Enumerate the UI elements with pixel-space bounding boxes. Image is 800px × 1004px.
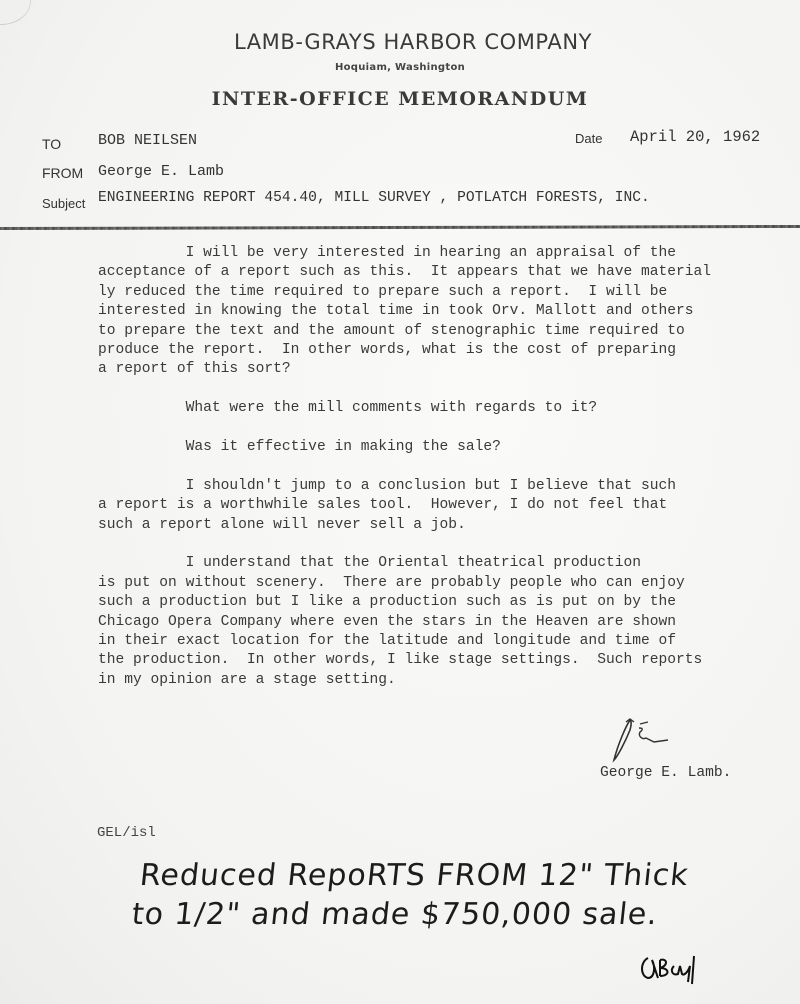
- paragraph-1: I will be very interested in hearing an …: [98, 244, 798, 380]
- body-line: such a report alone will never sell a jo…: [98, 516, 798, 535]
- approval-initials-icon: [638, 948, 708, 988]
- to-value: BOB NEILSEN: [98, 132, 197, 149]
- paragraph-3: Was it effective in making the sale?: [98, 438, 798, 457]
- body-line: to prepare the text and the amount of st…: [98, 322, 798, 341]
- body-line: ly reduced the time required to prepare …: [98, 283, 798, 302]
- paragraph-4: I shouldn't jump to a conclusion but I b…: [98, 477, 798, 535]
- paragraph-5: I understand that the Oriental theatrica…: [98, 554, 798, 690]
- subject-label: Subject: [42, 196, 85, 211]
- body-line: such a production but I like a productio…: [98, 593, 798, 612]
- body-line: in my opinion are a stage setting.: [98, 671, 798, 690]
- subject-value: ENGINEERING REPORT 454.40, MILL SURVEY ,…: [98, 190, 650, 206]
- body-line: acceptance of a report such as this. It …: [98, 263, 798, 282]
- body-line: a report is a worthwhile sales tool. How…: [98, 496, 798, 515]
- body-line: a report of this sort?: [98, 360, 798, 379]
- page-corner-fold: [0, 0, 31, 25]
- reference-initials: GEL/isl: [97, 825, 156, 841]
- memo-body: I will be very interested in hearing an …: [98, 244, 798, 690]
- body-line: I shouldn't jump to a conclusion but I b…: [98, 477, 798, 496]
- body-line: produce the report. In other words, what…: [98, 341, 798, 360]
- handwritten-note-line-2: to 1/2" and made $750,000 sale.: [130, 897, 660, 932]
- body-line: I will be very interested in hearing an …: [98, 244, 798, 263]
- from-label: FROM: [42, 165, 83, 181]
- company-location: Hoquiam, Washington: [0, 62, 800, 73]
- body-line: I understand that the Oriental theatrica…: [98, 554, 798, 573]
- date-value: April 20, 1962: [630, 128, 760, 146]
- date-label: Date: [575, 131, 602, 146]
- body-line: in their exact location for the latitude…: [98, 632, 798, 651]
- body-line: Chicago Opera Company where even the sta…: [98, 613, 798, 632]
- signer-name: George E. Lamb.: [600, 765, 731, 781]
- body-line: is put on without scenery. There are pro…: [98, 574, 798, 593]
- company-name: LAMB-GRAYS HARBOR COMPANY: [0, 30, 800, 54]
- signature-icon: [612, 716, 672, 766]
- body-line: interested in knowing the total time in …: [98, 302, 798, 321]
- to-label: TO: [42, 136, 61, 152]
- from-value: George E. Lamb: [98, 163, 224, 180]
- header-divider: [0, 225, 800, 230]
- handwritten-note-line-1: Reduced RepoRTS FROM 12" Thick: [138, 858, 690, 893]
- body-line: the production. In other words, I like s…: [98, 651, 798, 670]
- paragraph-2: What were the mill comments with regards…: [98, 399, 798, 418]
- memo-title: INTER-OFFICE MEMORANDUM: [0, 88, 800, 110]
- memo-page: LAMB-GRAYS HARBOR COMPANY Hoquiam, Washi…: [0, 0, 800, 1004]
